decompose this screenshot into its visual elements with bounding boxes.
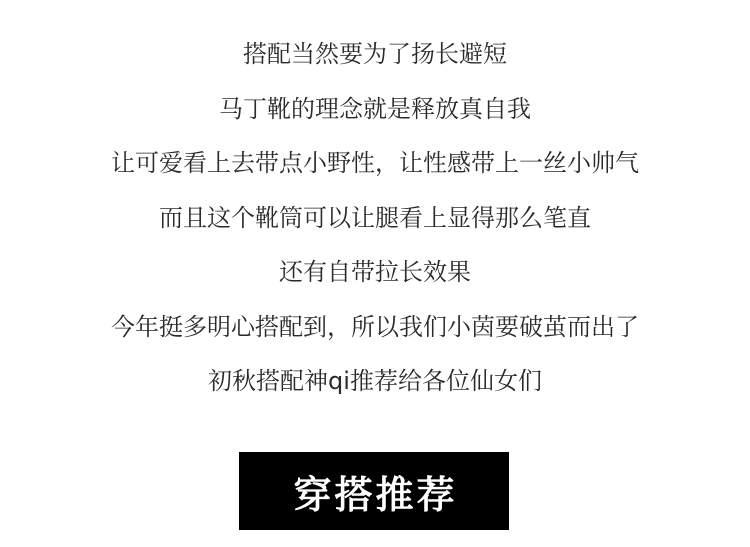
text-line: 今年挺多明心搭配到，所以我们小茵要破茧而出了 bbox=[0, 300, 750, 355]
article-page: 搭配当然要为了扬长避短 马丁靴的理念就是释放真自我 让可爱看上去带点小野性，让性… bbox=[0, 0, 750, 547]
text-line: 还有自带拉长效果 bbox=[0, 245, 750, 300]
section-title-banner: 穿搭推荐 bbox=[239, 452, 509, 530]
intro-text-block: 搭配当然要为了扬长避短 马丁靴的理念就是释放真自我 让可爱看上去带点小野性，让性… bbox=[0, 27, 750, 409]
text-line: 初秋搭配神qi推荐给各位仙女们 bbox=[0, 354, 750, 409]
text-line: 而且这个靴筒可以让腿看上显得那么笔直 bbox=[0, 191, 750, 246]
section-title-label: 穿搭推荐 bbox=[290, 464, 457, 519]
text-line: 马丁靴的理念就是释放真自我 bbox=[0, 82, 750, 137]
text-line: 让可爱看上去带点小野性，让性感带上一丝小帅气 bbox=[0, 136, 750, 191]
text-line: 搭配当然要为了扬长避短 bbox=[0, 27, 750, 82]
